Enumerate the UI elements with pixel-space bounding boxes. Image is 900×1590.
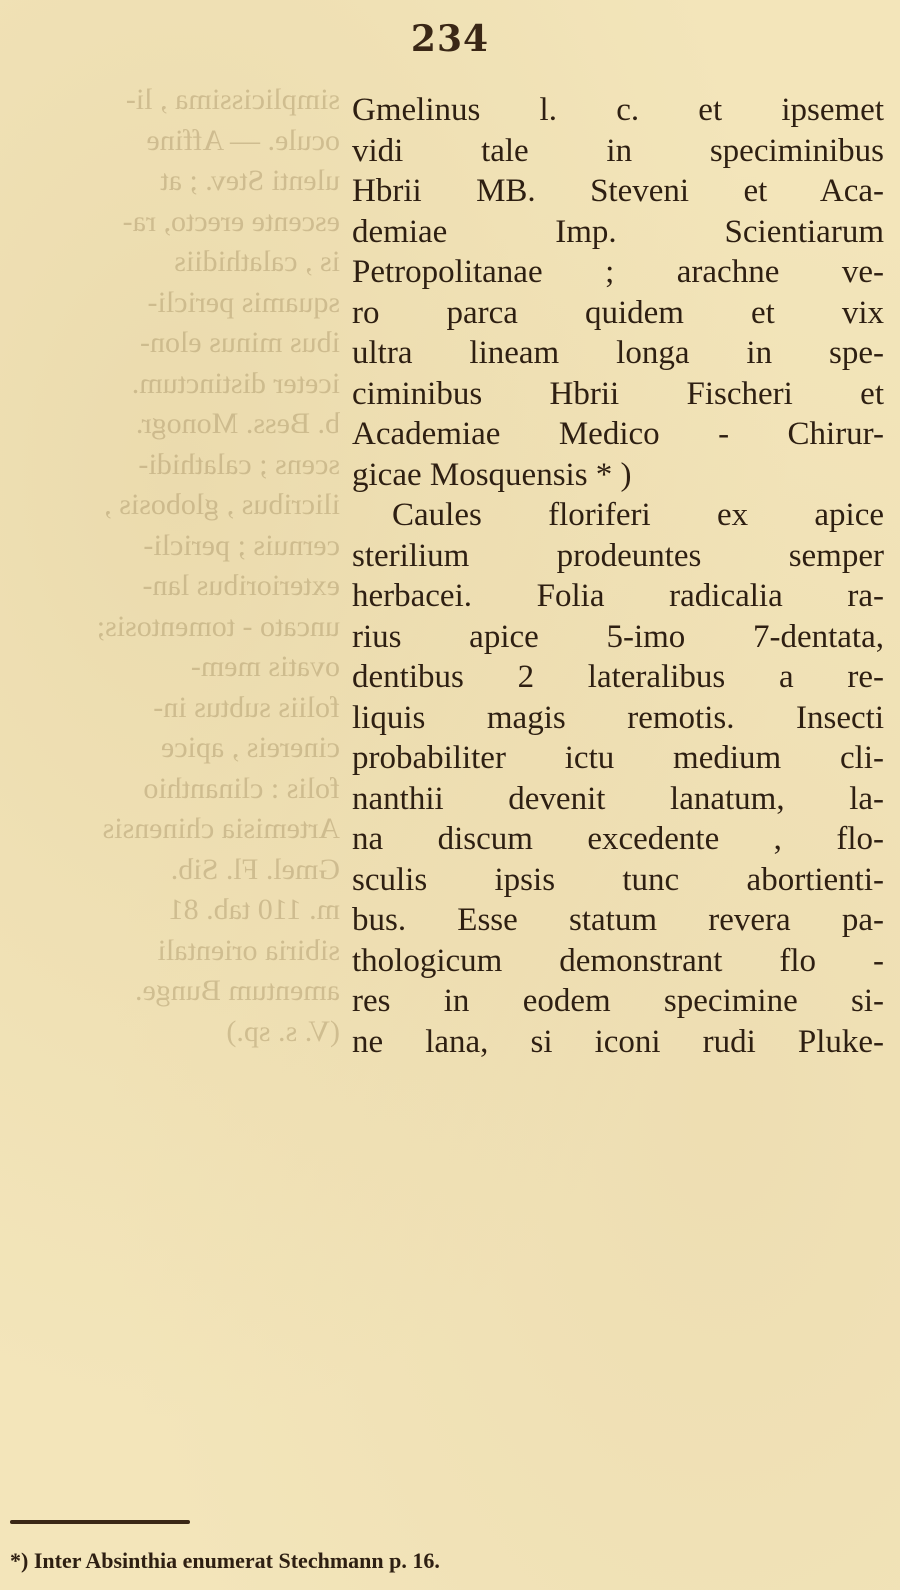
page-number: 234 [0, 18, 900, 60]
text-line: sculis ipsis tunc abortienti- [352, 860, 884, 901]
bleed-line: m. 110 tab. 81 [0, 890, 350, 931]
text-line: na discum excedente , flo- [352, 819, 884, 860]
text-line: ciminibus Hbrii Fischeri et [352, 374, 884, 415]
bleed-line: ibus minus elon- [0, 323, 350, 364]
text-line: demiae Imp. Scientiarum [352, 212, 884, 253]
footnote-rule [10, 1520, 190, 1524]
text-line: probabiliter ictu medium cli- [352, 738, 884, 779]
bleed-line: iceter distinctum. [0, 364, 350, 405]
bleed-line: ulenti Stev. ; at [0, 161, 350, 202]
book-page: 234 simplicissima , li- ocule. — Affine … [0, 0, 900, 1590]
bleed-line: ocule. — Affine [0, 121, 350, 162]
bleed-line: Artemisia chinensis [0, 809, 350, 850]
text-line: ultra lineam longa in spe- [352, 333, 884, 374]
footnote: *) Inter Absinthia enumerat Stechmann p.… [10, 1548, 440, 1574]
text-line: gicae Mosquensis * ) [352, 455, 884, 496]
text-line: vidi tale in speciminibus [352, 131, 884, 172]
bleed-line: simplicissima , li- [0, 80, 350, 121]
text-line: sterilium prodeuntes semper [352, 536, 884, 577]
bleed-through-text: simplicissima , li- ocule. — Affine ulen… [0, 80, 350, 1052]
bleed-line: Gmel. Fl. Sib. [0, 850, 350, 891]
text-line: Petropolitanae ; arachne ve- [352, 252, 884, 293]
bleed-line: uncato - tomentosis; [0, 607, 350, 648]
bleed-line: amentum Bunge. [0, 971, 350, 1012]
text-line: liquis magis remotis. Insecti [352, 698, 884, 739]
text-line: nanthii devenit lanatum, la- [352, 779, 884, 820]
text-line: thologicum demonstrant flo - [352, 941, 884, 982]
bleed-line: exterioribus lan- [0, 566, 350, 607]
text-line: bus. Esse statum revera pa- [352, 900, 884, 941]
text-line: herbacei. Folia radicalia ra- [352, 576, 884, 617]
text-line: Academiae Medico - Chirur- [352, 414, 884, 455]
bleed-line: squamis pericli- [0, 283, 350, 324]
bleed-line: cernuis ; pericli- [0, 526, 350, 567]
bleed-line: folis : clinanthio [0, 769, 350, 810]
bleed-line: ilicribus , globosis , [0, 485, 350, 526]
bleed-line: escente erecto, ra- [0, 202, 350, 243]
text-line: Gmelinus l. c. et ipsemet [352, 90, 884, 131]
text-line: dentibus 2 lateralibus a re- [352, 657, 884, 698]
bleed-line: scens ; calathidi- [0, 445, 350, 486]
bleed-line: ovatis mem- [0, 647, 350, 688]
bleed-line: foliis subtus in- [0, 688, 350, 729]
text-line: Hbrii MB. Steveni et Aca- [352, 171, 884, 212]
text-line: ro parca quidem et vix [352, 293, 884, 334]
paragraph-start-line: Caules floriferi ex apice [352, 495, 884, 536]
bleed-line: (V. s. sp.) [0, 1012, 350, 1053]
body-text-column: Gmelinus l. c. et ipsemet vidi tale in s… [352, 90, 884, 1062]
bleed-line: is , calathidiis [0, 242, 350, 283]
bleed-line: b. Bess. Monogr. [0, 404, 350, 445]
text-line: res in eodem specimine si- [352, 981, 884, 1022]
text-line: rius apice 5-imo 7-dentata, [352, 617, 884, 658]
bleed-line: sibiria orientali [0, 931, 350, 972]
bleed-line: cinereis , apice [0, 728, 350, 769]
text-line: ne lana, si iconi rudi Pluke- [352, 1022, 884, 1063]
